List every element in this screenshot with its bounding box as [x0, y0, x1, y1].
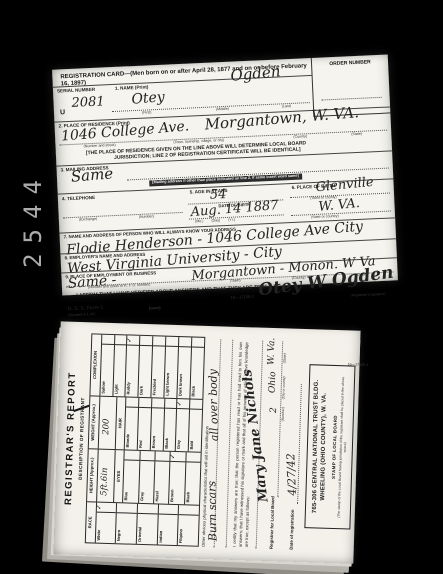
local-board-stamp-box: 765-306 CENTRAL NATIONAL TRUST BLDG. WHE… — [304, 364, 355, 529]
order-number-label: ORDER NUMBER — [312, 58, 388, 67]
stamp-note: (The stamp of the Local Board having jur… — [337, 376, 350, 518]
stamp-address-line1: 765-306 CENTRAL NATIONAL TRUST BLDG. — [312, 365, 320, 527]
stamp-address-line2: WHEELING (OHIO COUNTY), W. VA. — [320, 366, 328, 528]
sublabel-county: (County) — [293, 135, 307, 139]
age-value: 54 — [210, 188, 227, 202]
sublabel-board-city: (City or county) — [282, 376, 286, 399]
serial-prefix: U — [60, 109, 65, 116]
over-note: (over) — [149, 306, 161, 311]
height-eyes-column: HEIGHT (Approx.) 5ft.6in EYES Blue Gray … — [87, 448, 201, 504]
signature-sublabel: (Registrant's signature) — [351, 293, 386, 298]
weight-value-cell: 200 — [98, 397, 117, 450]
complexion-row-black: Black — [190, 337, 204, 398]
form-number: D. S. S. Form 1 — [68, 306, 103, 313]
eyes-row-gray: Gray — [139, 451, 156, 503]
registrar-state-value: W. Va. — [267, 338, 277, 366]
back-form-code: 16—17105-4 — [347, 363, 368, 367]
characteristics-value-1: Burn scars — [206, 481, 218, 541]
sublabel-town2: (Town) — [230, 279, 241, 283]
race-row-white: White✓ — [95, 503, 117, 544]
sublabel-exchange: (Exchange) — [79, 218, 98, 222]
race-row-filipino: Filipino — [178, 505, 199, 546]
weight-hair-column: WEIGHT (Approx.) 200 HAIR Blonde Red Bro… — [89, 395, 203, 451]
front-form-code: 16—17105-2 — [230, 295, 253, 300]
description-table: RACE White✓ Negro Oriental Indian Filipi… — [85, 333, 206, 546]
sublabel-phone-number: (Number) — [139, 215, 154, 219]
sublabel-first: (First) — [142, 111, 152, 115]
birth-town-value: Glenville — [315, 176, 374, 195]
complexion-column: COMPLEXION Sallow Light Ruddy✓ Dark Frec… — [90, 334, 204, 398]
checkmark-icon: ✓ — [177, 399, 189, 409]
eyes-row-black: Black — [185, 452, 201, 504]
height-value: 5ft.6in — [100, 467, 109, 496]
eyes-row-hazel: Hazel — [154, 451, 171, 503]
serial-number-value: 2081 — [71, 95, 105, 109]
registrar-label: Registrar for Local Board — [270, 496, 276, 549]
race-column: RACE White✓ Negro Oriental Indian Filipi… — [86, 501, 199, 545]
registration-card-front: REGISTRATION CARD—(Men born on or after … — [52, 54, 398, 295]
mailing-value: Same — [70, 166, 113, 184]
telephone-label: 4. TELEPHONE — [62, 196, 95, 202]
checkmark-icon: ✓ — [171, 452, 186, 462]
date-of-registration-label: Date of registration — [290, 509, 296, 549]
rule-line — [322, 97, 382, 101]
dob-sublabels: (Mo.) (Day) (Yr.) — [195, 219, 235, 224]
eyes-row-blue: Blue — [123, 450, 140, 502]
checkmark-icon: ✓ — [127, 335, 139, 345]
name-first-value: Otey — [131, 90, 165, 107]
registrar-city-value: Ohio — [269, 371, 279, 393]
form-revision: (Revised 4-1-42) — [68, 313, 95, 318]
race-row-oriental: Oriental — [137, 504, 159, 545]
characteristics-value-2: all over body — [207, 369, 220, 441]
name-last-value: Ogden — [230, 64, 281, 84]
race-row-indian: Indian — [157, 505, 179, 546]
weight-value: 200 — [102, 418, 111, 434]
date-of-registration-value: 4/27/42 — [285, 453, 298, 496]
checkmark-icon: ✓ — [96, 503, 116, 514]
sublabel-middle: (Middle) — [216, 108, 229, 112]
height-value-cell: 5ft.6in — [97, 450, 116, 503]
registrar-number-value: 2 — [270, 407, 279, 413]
race-row-negro: Negro — [116, 503, 138, 544]
hair-row-bald: Bald — [189, 399, 202, 451]
serial-number-label: SERIAL NUMBER — [57, 88, 95, 94]
margin-archive-number: 2544 — [19, 144, 47, 294]
sublabel-board-state: (State) — [284, 353, 288, 363]
registrars-report: REGISTRAR'S REPORT DESCRIPTION OF REGIST… — [53, 321, 360, 563]
sublabel-board-number: (Number) — [282, 407, 286, 421]
sublabel-state: (State) — [351, 133, 362, 137]
scanned-photo: 2544 REGISTRATION CARD—(Men born on or a… — [0, 0, 443, 574]
registration-card-back: REGISTRAR'S REPORT DESCRIPTION OF REGIST… — [53, 321, 360, 563]
eyes-row-brown: Brown✓ — [169, 452, 186, 504]
sublabel-state-or-country: (State or country) — [311, 215, 339, 220]
